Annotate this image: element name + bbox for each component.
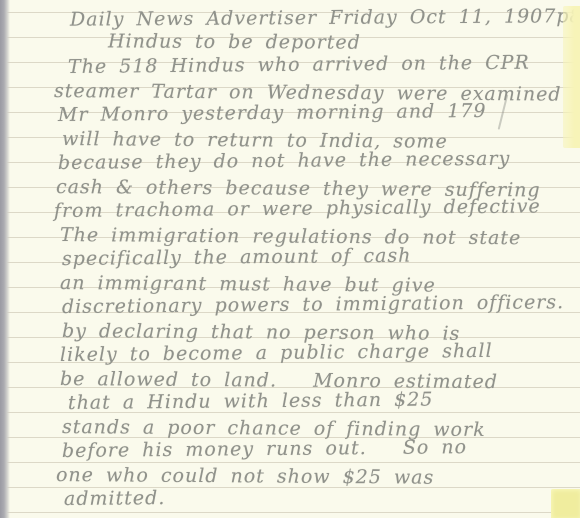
notebook-page: Daily News Advertiser Friday Oct 11, 190…	[0, 0, 580, 518]
handwritten-line: Mr Monro yesterday morning and 179	[58, 98, 566, 127]
sticky-tab-bottom	[551, 489, 580, 518]
handwritten-line: admitted.	[64, 482, 566, 511]
sticky-tab-top	[563, 6, 580, 148]
handwritten-line: discretionary powers to immigration offi…	[62, 290, 566, 319]
handwritten-line: that a Hindu with less than $25	[68, 386, 566, 415]
handwritten-line: The 518 Hindus who arrived on the CPR	[68, 50, 566, 79]
handwritten-line: from trachoma or were physically defecti…	[54, 194, 566, 223]
subheading-text: Hindus to be deported	[108, 30, 361, 53]
heading-row: Daily News Advertiser Friday Oct 11, 190…	[70, 5, 550, 30]
handwritten-line: before his money runs out. So no	[62, 434, 566, 463]
heading-text: Daily News Advertiser Friday Oct 11, 190…	[70, 5, 556, 30]
handwritten-line: because they do not have the necessary	[58, 146, 566, 175]
handwritten-line: likely to become a public charge shall	[60, 338, 566, 367]
note-body: The 518 Hindus who arrived on the CPRste…	[54, 55, 566, 511]
handwritten-line: specifically the amount of cash	[62, 242, 566, 271]
page-edge-shadow	[0, 0, 10, 518]
